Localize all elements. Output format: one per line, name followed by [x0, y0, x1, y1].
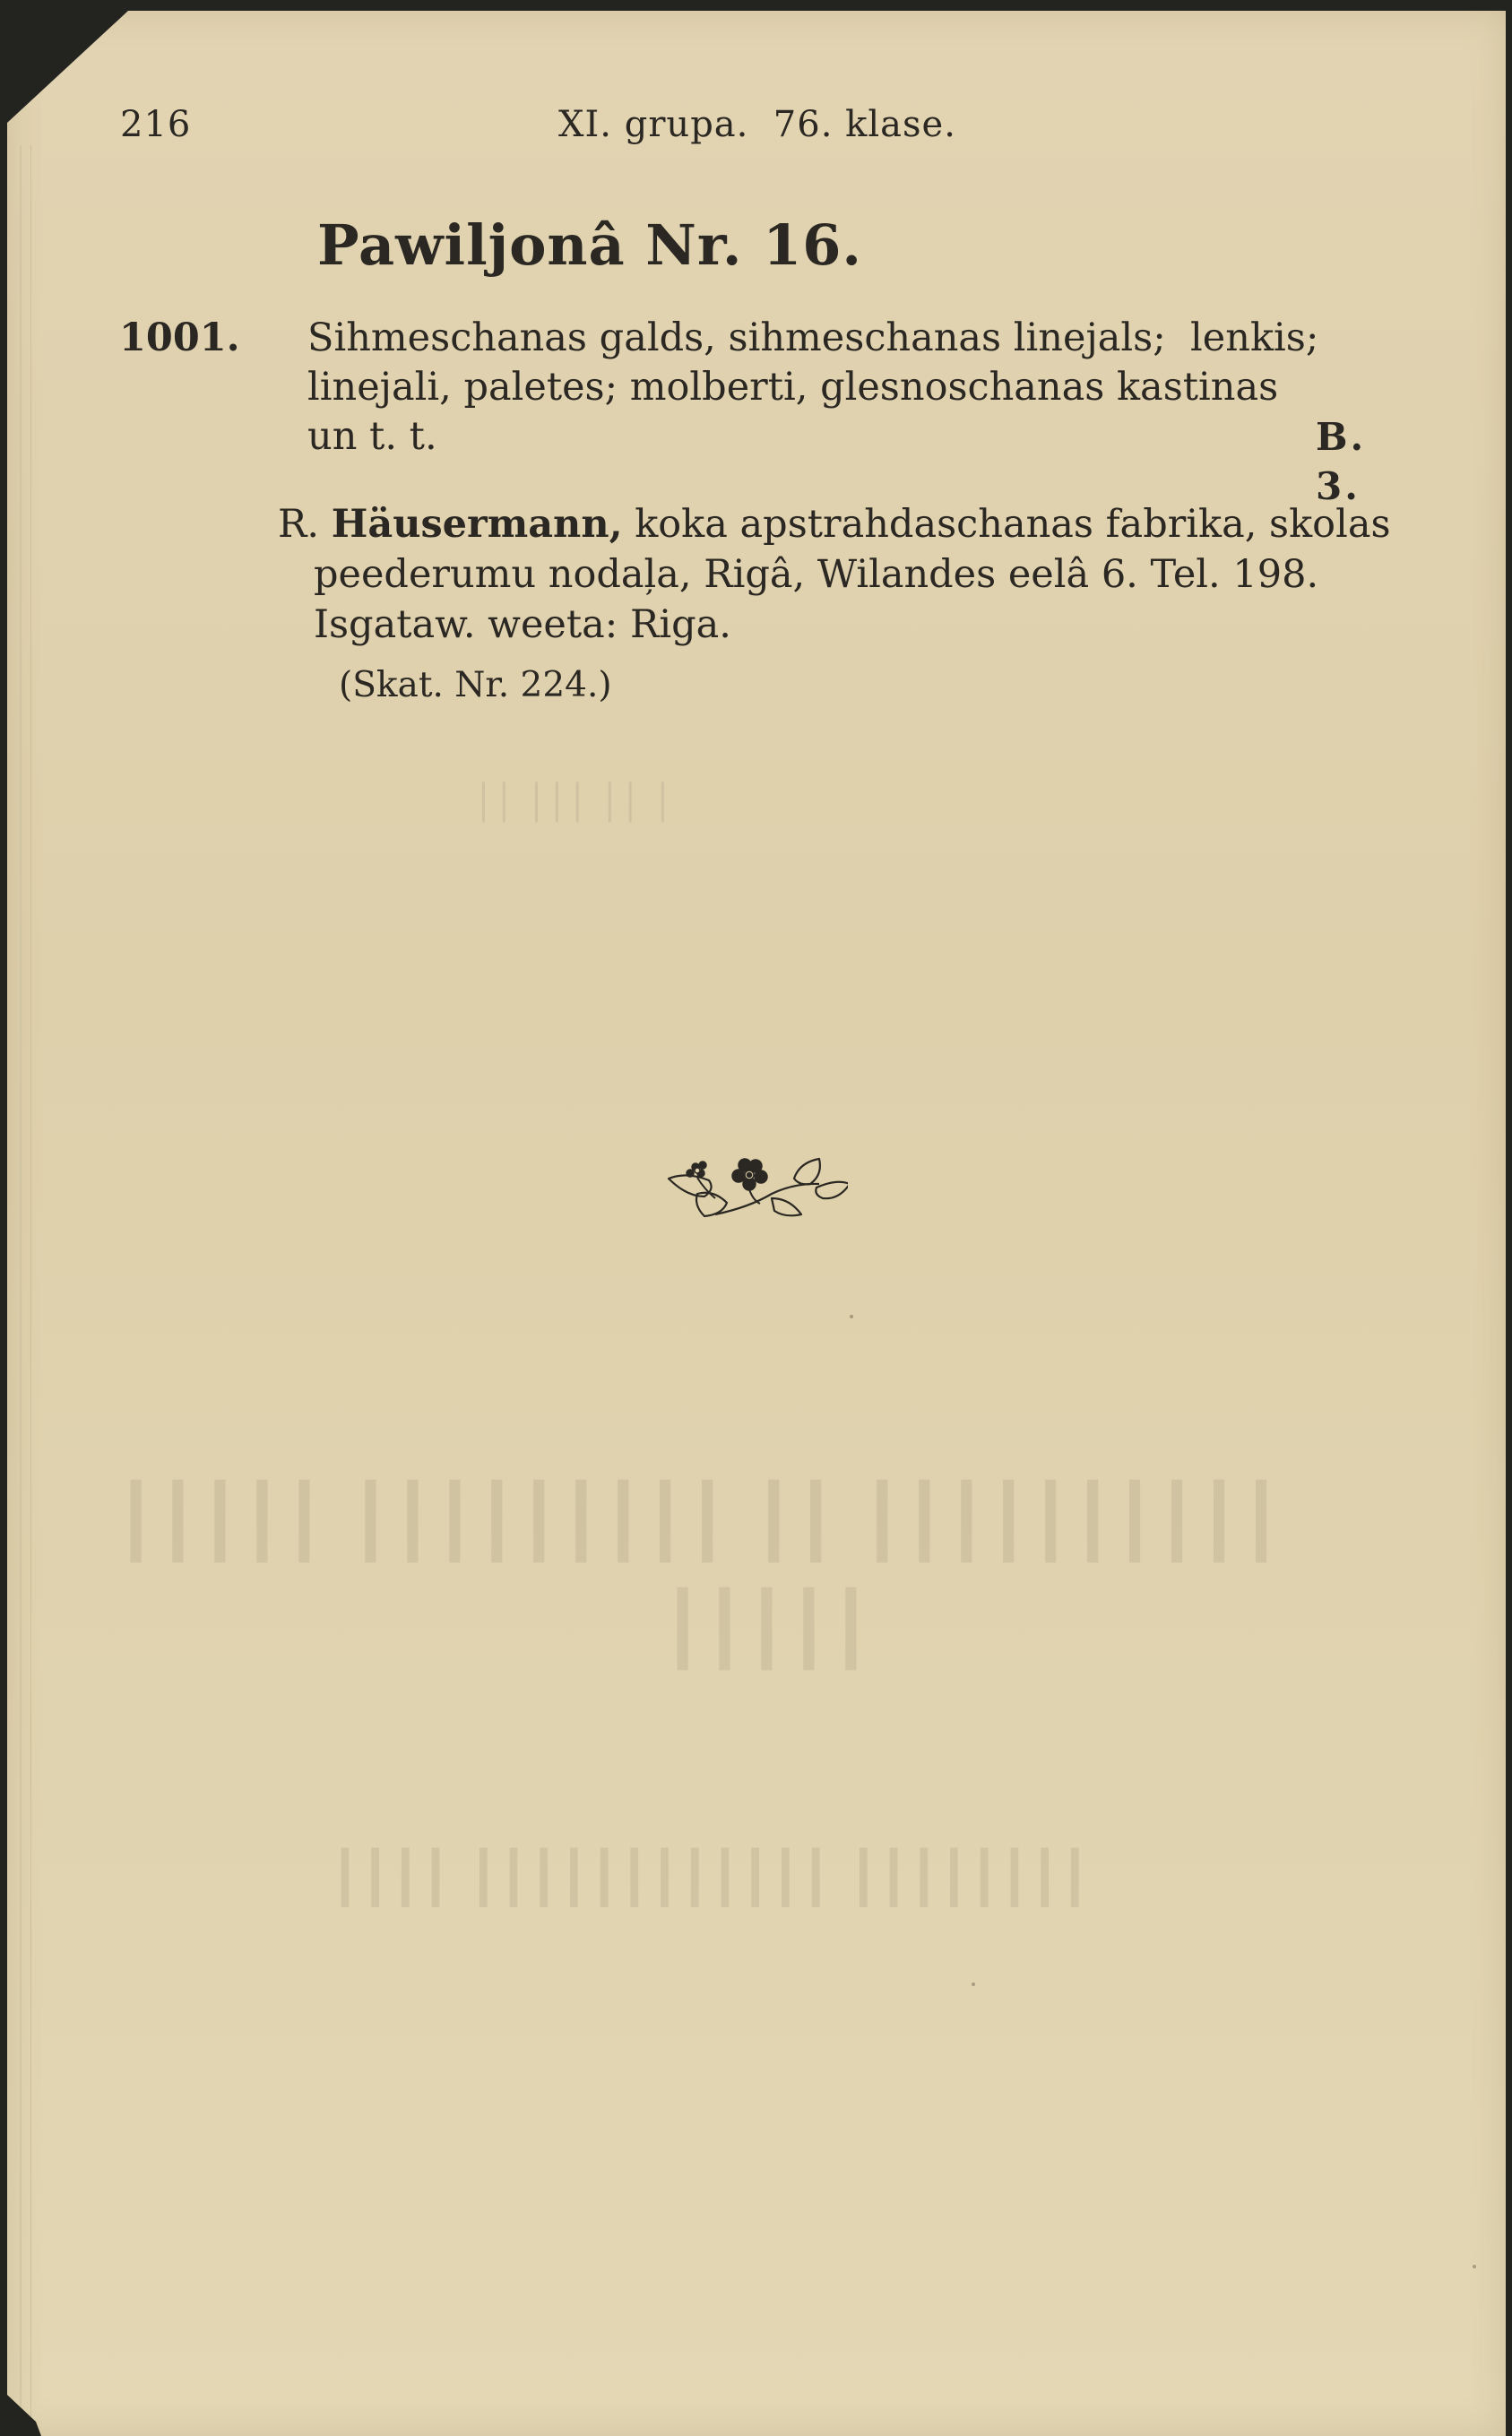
exhibitor-name: Häusermann,	[332, 502, 623, 547]
entry-number: 1001.	[119, 314, 240, 363]
exhibitor-line: peederumu nodaļa, Rigâ, Wilandes eelâ 6.…	[314, 549, 1318, 600]
page-edge-layers	[20, 145, 31, 2422]
floral-vignette-icon	[660, 1153, 848, 1225]
book-page: │ ││ │││ ││ ┃┃┃┃┃┃┃┃┃┃ ┃┃ ┃┃┃┃┃┃┃┃┃ ┃┃┃┃…	[7, 11, 1506, 2436]
running-head: XI. grupa. 76. klase.	[558, 104, 956, 145]
bleed-through-text: │ ││ │││ ││	[473, 782, 673, 822]
exhibitor-line: Isgataw. weeta: Riga.	[314, 600, 731, 650]
page-number: 216	[120, 104, 191, 145]
bleed-through-subheading: ┃┃┃┃┃┃┃┃ ┃┃┃┃┃┃┃┃┃┃┃┃ ┃┃┃┃	[330, 1848, 1090, 1907]
entry-line: linejali, paletes; molberti, glesnoschan…	[307, 363, 1278, 412]
entry-line: un t. t.	[307, 412, 437, 462]
page-header: 216 XI. grupa. 76. klase.	[7, 99, 1506, 152]
exhibitor-initial: R.	[278, 502, 319, 547]
entry-line: Sihmeschanas galds, sihmeschanas linejal…	[307, 314, 1318, 363]
paper-fleck	[850, 1315, 853, 1318]
paper-fleck	[972, 1982, 975, 1986]
section-title: Pawiljonâ Nr. 16.	[7, 212, 1172, 278]
bleed-through-heading-2: ┃┃┃┃┃	[661, 1588, 872, 1670]
pavilion-code: B. 3.	[1316, 412, 1374, 511]
exhibitor-first-line: R. Häusermann, koka apstrahdaschanas fab…	[278, 499, 1391, 549]
paper-fleck	[1473, 2265, 1476, 2268]
cross-reference: (Skat. Nr. 224.)	[339, 665, 612, 705]
bleed-through-heading: ┃┃┃┃┃┃┃┃┃┃ ┃┃ ┃┃┃┃┃┃┃┃┃ ┃┃┃┃┃	[115, 1481, 1282, 1562]
exhibitor-line: koka apstrahdaschanas fabrika, skolas	[635, 502, 1390, 547]
